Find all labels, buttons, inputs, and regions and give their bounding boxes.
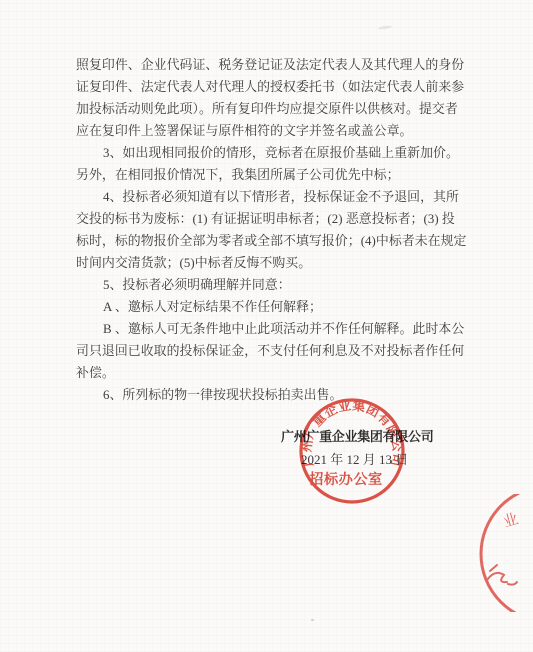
scan-smudge [378,25,392,30]
edge-seal-smudge-marks [487,565,517,585]
document-line: 时间内交清货款；(5)中标者反悔不购买。 [76,252,476,274]
document-line: 交投的标书为废标：(1) 有证据证明串标者；(2) 恶意投标者；(3) 投 [76,208,476,230]
document-line: 应在复印件上签署保证与原件相符的文字并签名或盖公章。 [76,120,476,142]
partial-edge-seal: 业 [453,494,533,612]
seal-center-text: 招标办公室 [308,471,382,488]
document-line: 补偿。 [76,362,476,384]
edge-seal-ring-circle [481,494,533,612]
svg-text:广州广重企业集团有限公司: 广州广重企业集团有限公司 [299,398,405,469]
scanned-document-page: 照复印件、企业代码证、税务登记证及法定代表人及其代理人的身份 证复印件、法定代表… [0,0,533,652]
document-line: 3、如出现相同报价的情形，竞标者在原报价基础上重新加价。 [76,142,476,164]
document-line: 5、投标者必须明确理解并同意： [76,274,476,296]
scan-speck [311,619,314,621]
document-line: 加投标活动则免此项）。所有复印件均应提交原件以供核对。提交者 [76,98,476,120]
company-seal: 广州广重企业集团有限公司 招标办公室 [295,394,409,508]
document-line: 标时，标的物报价全部为零者或全部不填写报价；(4)中标者未在规定 [76,230,476,252]
document-line: 证复印件、法定代表人对代理人的授权委托书（如法定代表人前来参 [76,76,476,98]
document-line: 4、投标者必须知道有以下情形者，投标保证金不予退回，其所 [76,186,476,208]
edge-seal-fragment-glyph: 业 [501,510,520,530]
document-line: A 、邀标人对定标结果不作任何解释； [76,296,476,318]
document-line: 照复印件、企业代码证、税务登记证及法定代表人及其代理人的身份 [76,54,476,76]
document-body: 照复印件、企业代码证、税务登记证及法定代表人及其代理人的身份 证复印件、法定代表… [76,54,476,406]
document-line: 司只退回已收取的投标保证金，不支付任何利息及不对投标者作任何 [76,340,476,362]
document-line: 另外，在相同报价情况下，我集团所属子公司优先中标； [76,164,476,186]
seal-ring-text: 广州广重企业集团有限公司 [299,398,405,469]
document-line: B 、邀标人可无条件地中止此项活动并不作任何解释。此时本公 [76,318,476,340]
document-line: 6、所列标的物一律按现状投标拍卖出售。 [76,384,476,406]
